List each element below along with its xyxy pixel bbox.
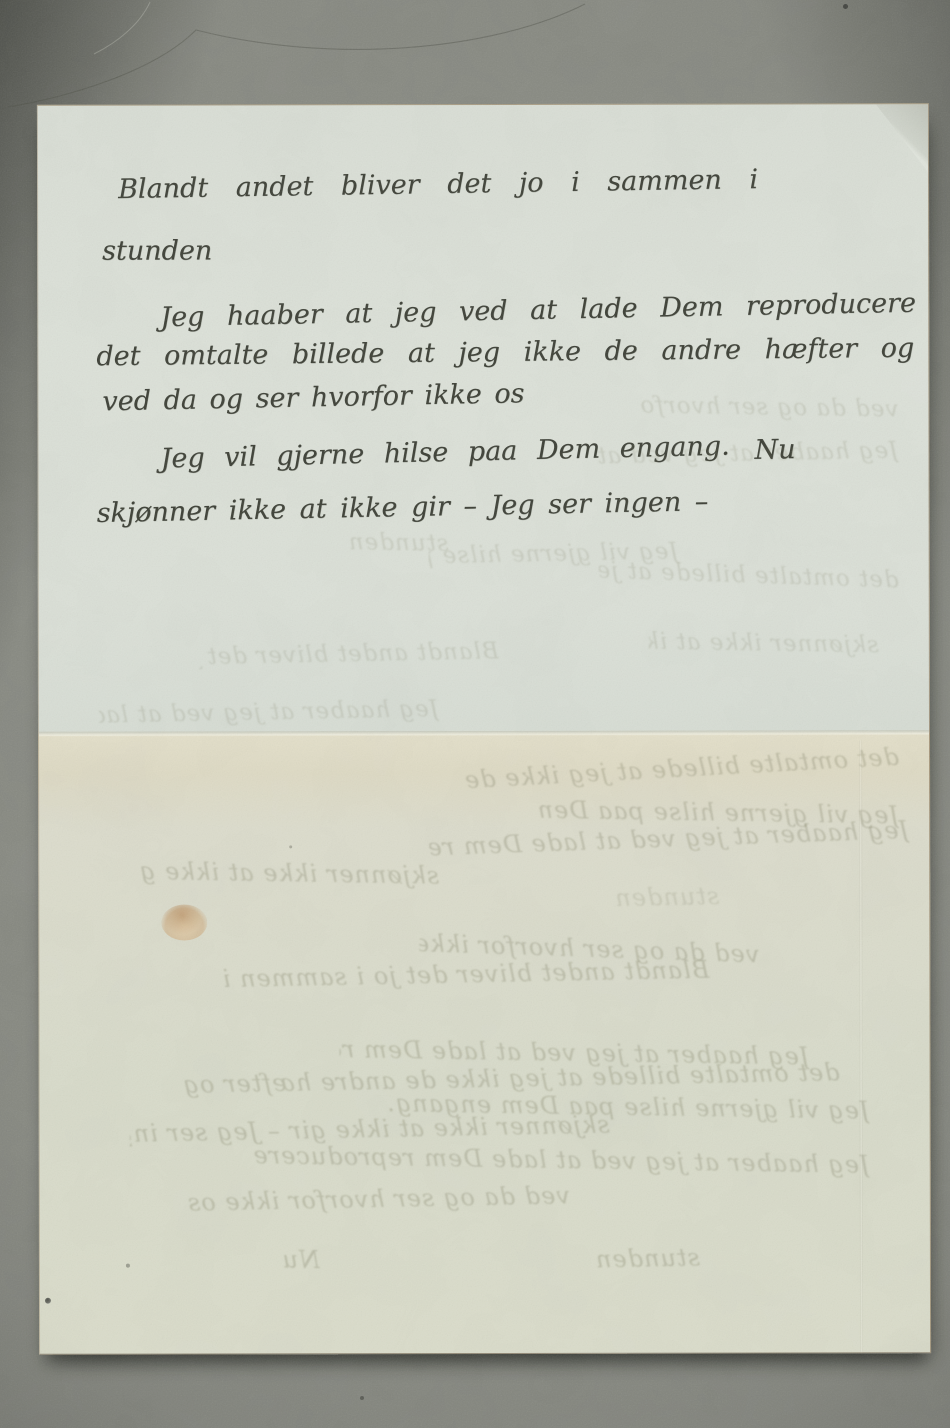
bleed-through-line: Jeg haaber at jeg ved at lade Dem reprod…	[598, 438, 898, 470]
bleed-through-line: Jeg haaber at jeg ved at lade Dem reprod…	[99, 696, 439, 729]
bleed-through-line: Jeg haaber at jeg ved at lade Dem reprod…	[120, 1139, 870, 1179]
photo-scene: Blandt andet bliver det jo i sammen i st…	[0, 0, 950, 1428]
handwriting-line-1: Blandt andet bliver det jo i sammen i	[118, 164, 758, 205]
bleed-through-line: Nu	[230, 1245, 320, 1274]
dust-speck	[126, 1264, 130, 1268]
fold-crease	[39, 730, 929, 737]
pinhole	[45, 1298, 51, 1304]
handwriting-line-7: skjønner ikke at ikke gir – Jeg ser inge…	[96, 486, 708, 529]
letter-paper: Blandt andet bliver det jo i sammen i st…	[37, 103, 931, 1355]
dust-speck	[289, 845, 292, 848]
bleed-through-line: det omtalte billede at jeg ikke de andre…	[459, 743, 900, 795]
dust-speck	[843, 4, 848, 9]
bleed-through-line: skjønner ikke at ikke gir – Jeg ser inge…	[649, 629, 879, 659]
handwriting-line-5: ved da og ser hvorfor ikke os	[102, 378, 525, 417]
handwriting-line-2: stunden	[102, 235, 212, 266]
dust-speck	[360, 1396, 364, 1400]
bleed-through-line: Blandt andet bliver det jo i sammen i	[199, 638, 499, 670]
handwriting-line-3: Jeg haaber at jeg ved at lade Dem reprod…	[160, 288, 916, 334]
handwriting-line-4: det omtalte billede at jeg ikke de andre…	[96, 333, 914, 373]
corner-fold-top-right	[876, 104, 928, 172]
bleed-through-line: ved da og ser hvorfor ikke os	[638, 392, 898, 422]
bleed-through-line: stunden	[429, 882, 719, 916]
stain	[161, 904, 207, 940]
bleed-through-line: skjønner ikke at ikke gir – Jeg ser inge…	[139, 857, 439, 890]
bleed-through-line: det omtalte billede at jeg ikke de andre…	[598, 558, 899, 594]
bleed-through-line: ved da og ser hvorfor ikke os	[170, 1181, 570, 1217]
bleed-through-line: Blandt andet bliver det jo i sammen i	[149, 956, 709, 995]
bleed-through-line: stunden	[248, 528, 448, 557]
bleed-through-line: stunden	[340, 1243, 700, 1278]
